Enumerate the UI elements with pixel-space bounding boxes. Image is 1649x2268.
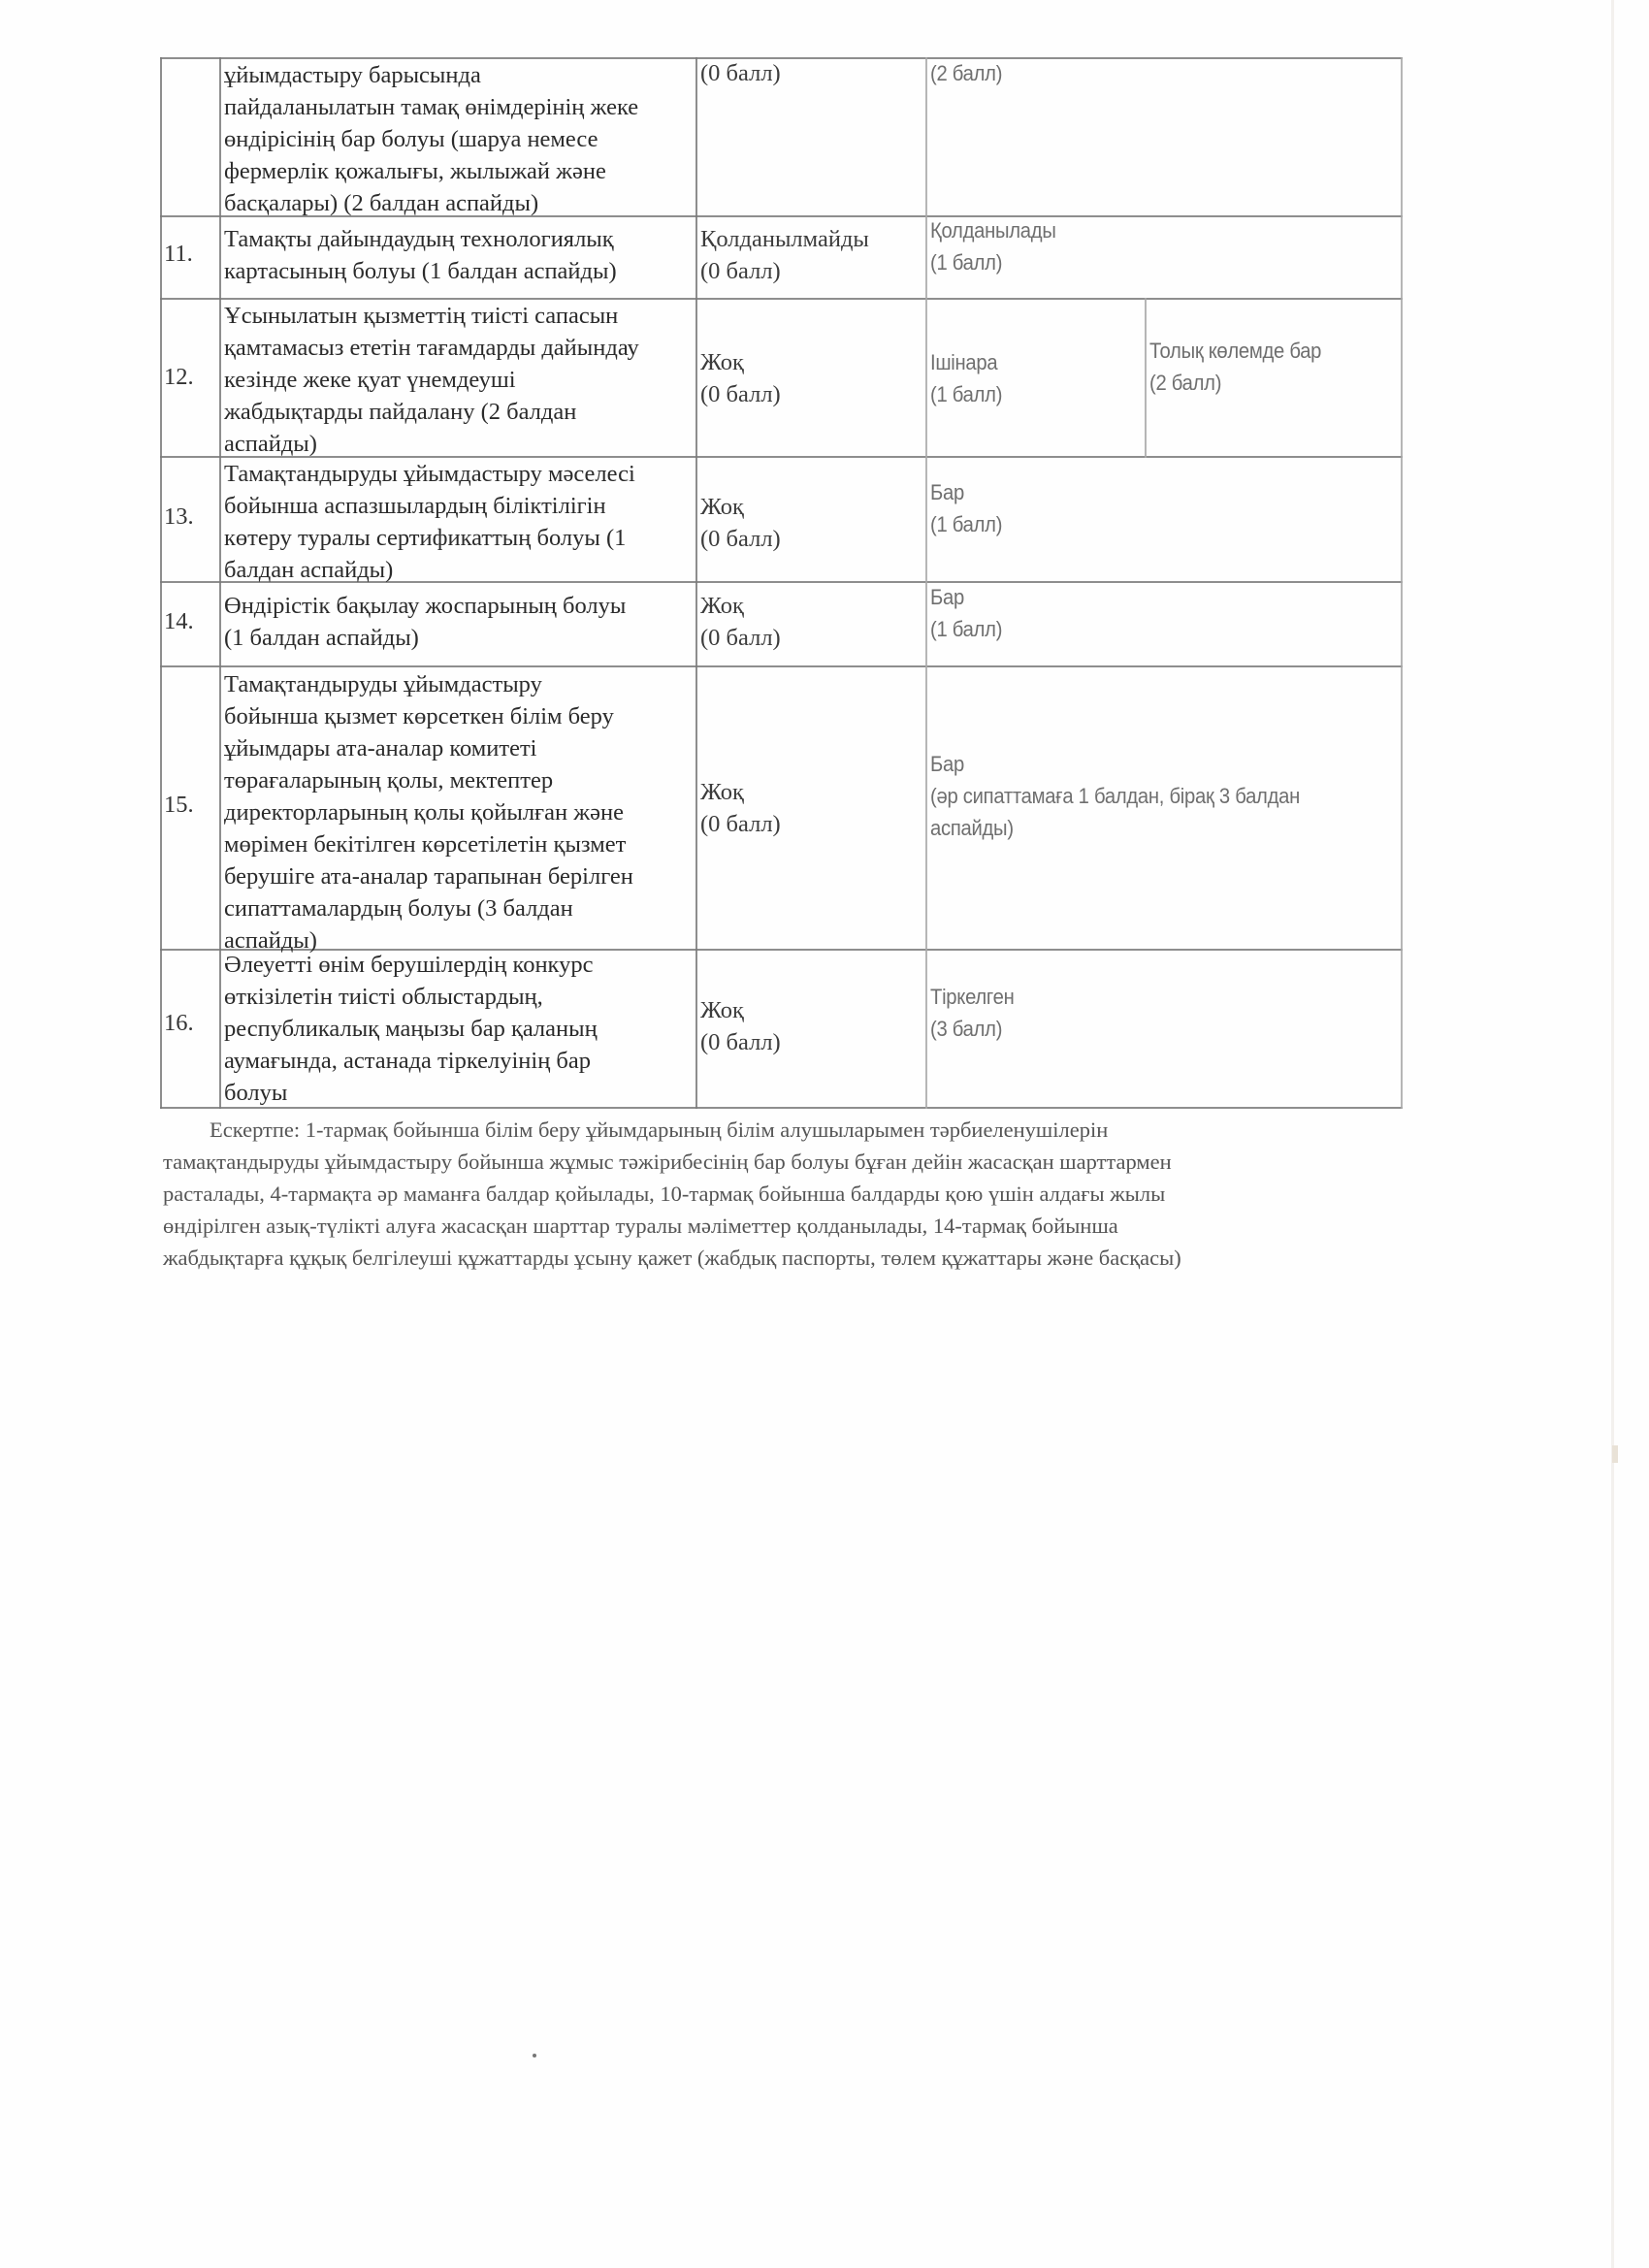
criterion-cell: Тамақтандыруды ұйымдастыру бойынша қызме… [224,668,695,956]
row-divider [160,665,1403,667]
column-divider-number [219,57,221,1109]
option-cell: Ішінара (1 балл) [930,346,1126,410]
column-divider-option [925,57,927,1109]
scan-edge-artifact [1611,0,1614,2268]
scan-speck [533,2054,536,2057]
option-cell: Тіркелген (3 балл) [930,981,1359,1045]
row-number: 16. [164,1010,194,1037]
option-cell: Жоқ (0 балл) [700,994,925,1058]
option-cell: Толық көлемде бар (2 балл) [1149,335,1379,399]
table-border-left [160,57,162,1109]
option-cell: Жоқ (0 балл) [700,590,925,654]
row-number: 11. [164,241,193,268]
row-number: 12. [164,364,194,391]
row-number: 14. [164,608,194,635]
option-cell: Бар (1 балл) [930,476,1359,540]
row-number: 13. [164,503,194,531]
option-cell: Жоқ (0 балл) [700,346,925,410]
option-cell: Жоқ (0 балл) [700,776,925,840]
option-cell: Қолданылады (1 балл) [930,214,1359,278]
scoring-criteria-table: ұйымдастыру барысында пайдаланылатын там… [160,57,1403,1108]
option-cell: Бар (1 балл) [930,581,1359,645]
footnote-line: Ескертпе: 1-тармақ бойынша білім беру ұй… [163,1114,1463,1146]
column-divider-criterion [695,57,697,1109]
table-border-right [1401,57,1403,1109]
footnote-line: расталады, 4-тармақта әр маманға балдар … [163,1178,1463,1210]
footnote-line: өндірілген азық-түлікті алуға жасасқан ш… [163,1210,1463,1242]
criterion-cell: Ұсынылатын қызметтің тиісті сапасын қамт… [224,300,695,460]
column-divider-option-row12 [1145,298,1147,458]
option-cell: Бар (әр сипаттамаға 1 балдан, бірақ 3 ба… [930,748,1368,844]
criterion-cell: Әлеуетті өнім берушілердің конкурс өткіз… [224,949,695,1109]
footnote-line: жабдықтарға құқық белгілеуші құжаттарды … [163,1242,1463,1274]
option-cell: (0 балл) [700,57,925,89]
option-cell: Қолданылмайды (0 балл) [700,223,925,287]
option-cell: Жоқ (0 балл) [700,491,925,555]
criterion-cell: ұйымдастыру барысында пайдаланылатын там… [224,59,695,219]
footnote: Ескертпе: 1-тармақ бойынша білім беру ұй… [163,1114,1463,1274]
scanned-document-page: ұйымдастыру барысында пайдаланылатын там… [0,0,1649,2268]
criterion-cell: Тамақтандыруды ұйымдастыру мәселесі бойы… [224,458,695,586]
row-number: 15. [164,792,194,819]
option-cell: (2 балл) [930,57,1359,89]
footnote-line: тамақтандыруды ұйымдастыру бойынша жұмыс… [163,1146,1463,1178]
criterion-cell: Тамақты дайындаудың технологиялық картас… [224,223,695,287]
criterion-cell: Өндірістік бақылау жоспарының болуы (1 б… [224,590,695,654]
scan-mark-artifact [1612,1445,1618,1463]
